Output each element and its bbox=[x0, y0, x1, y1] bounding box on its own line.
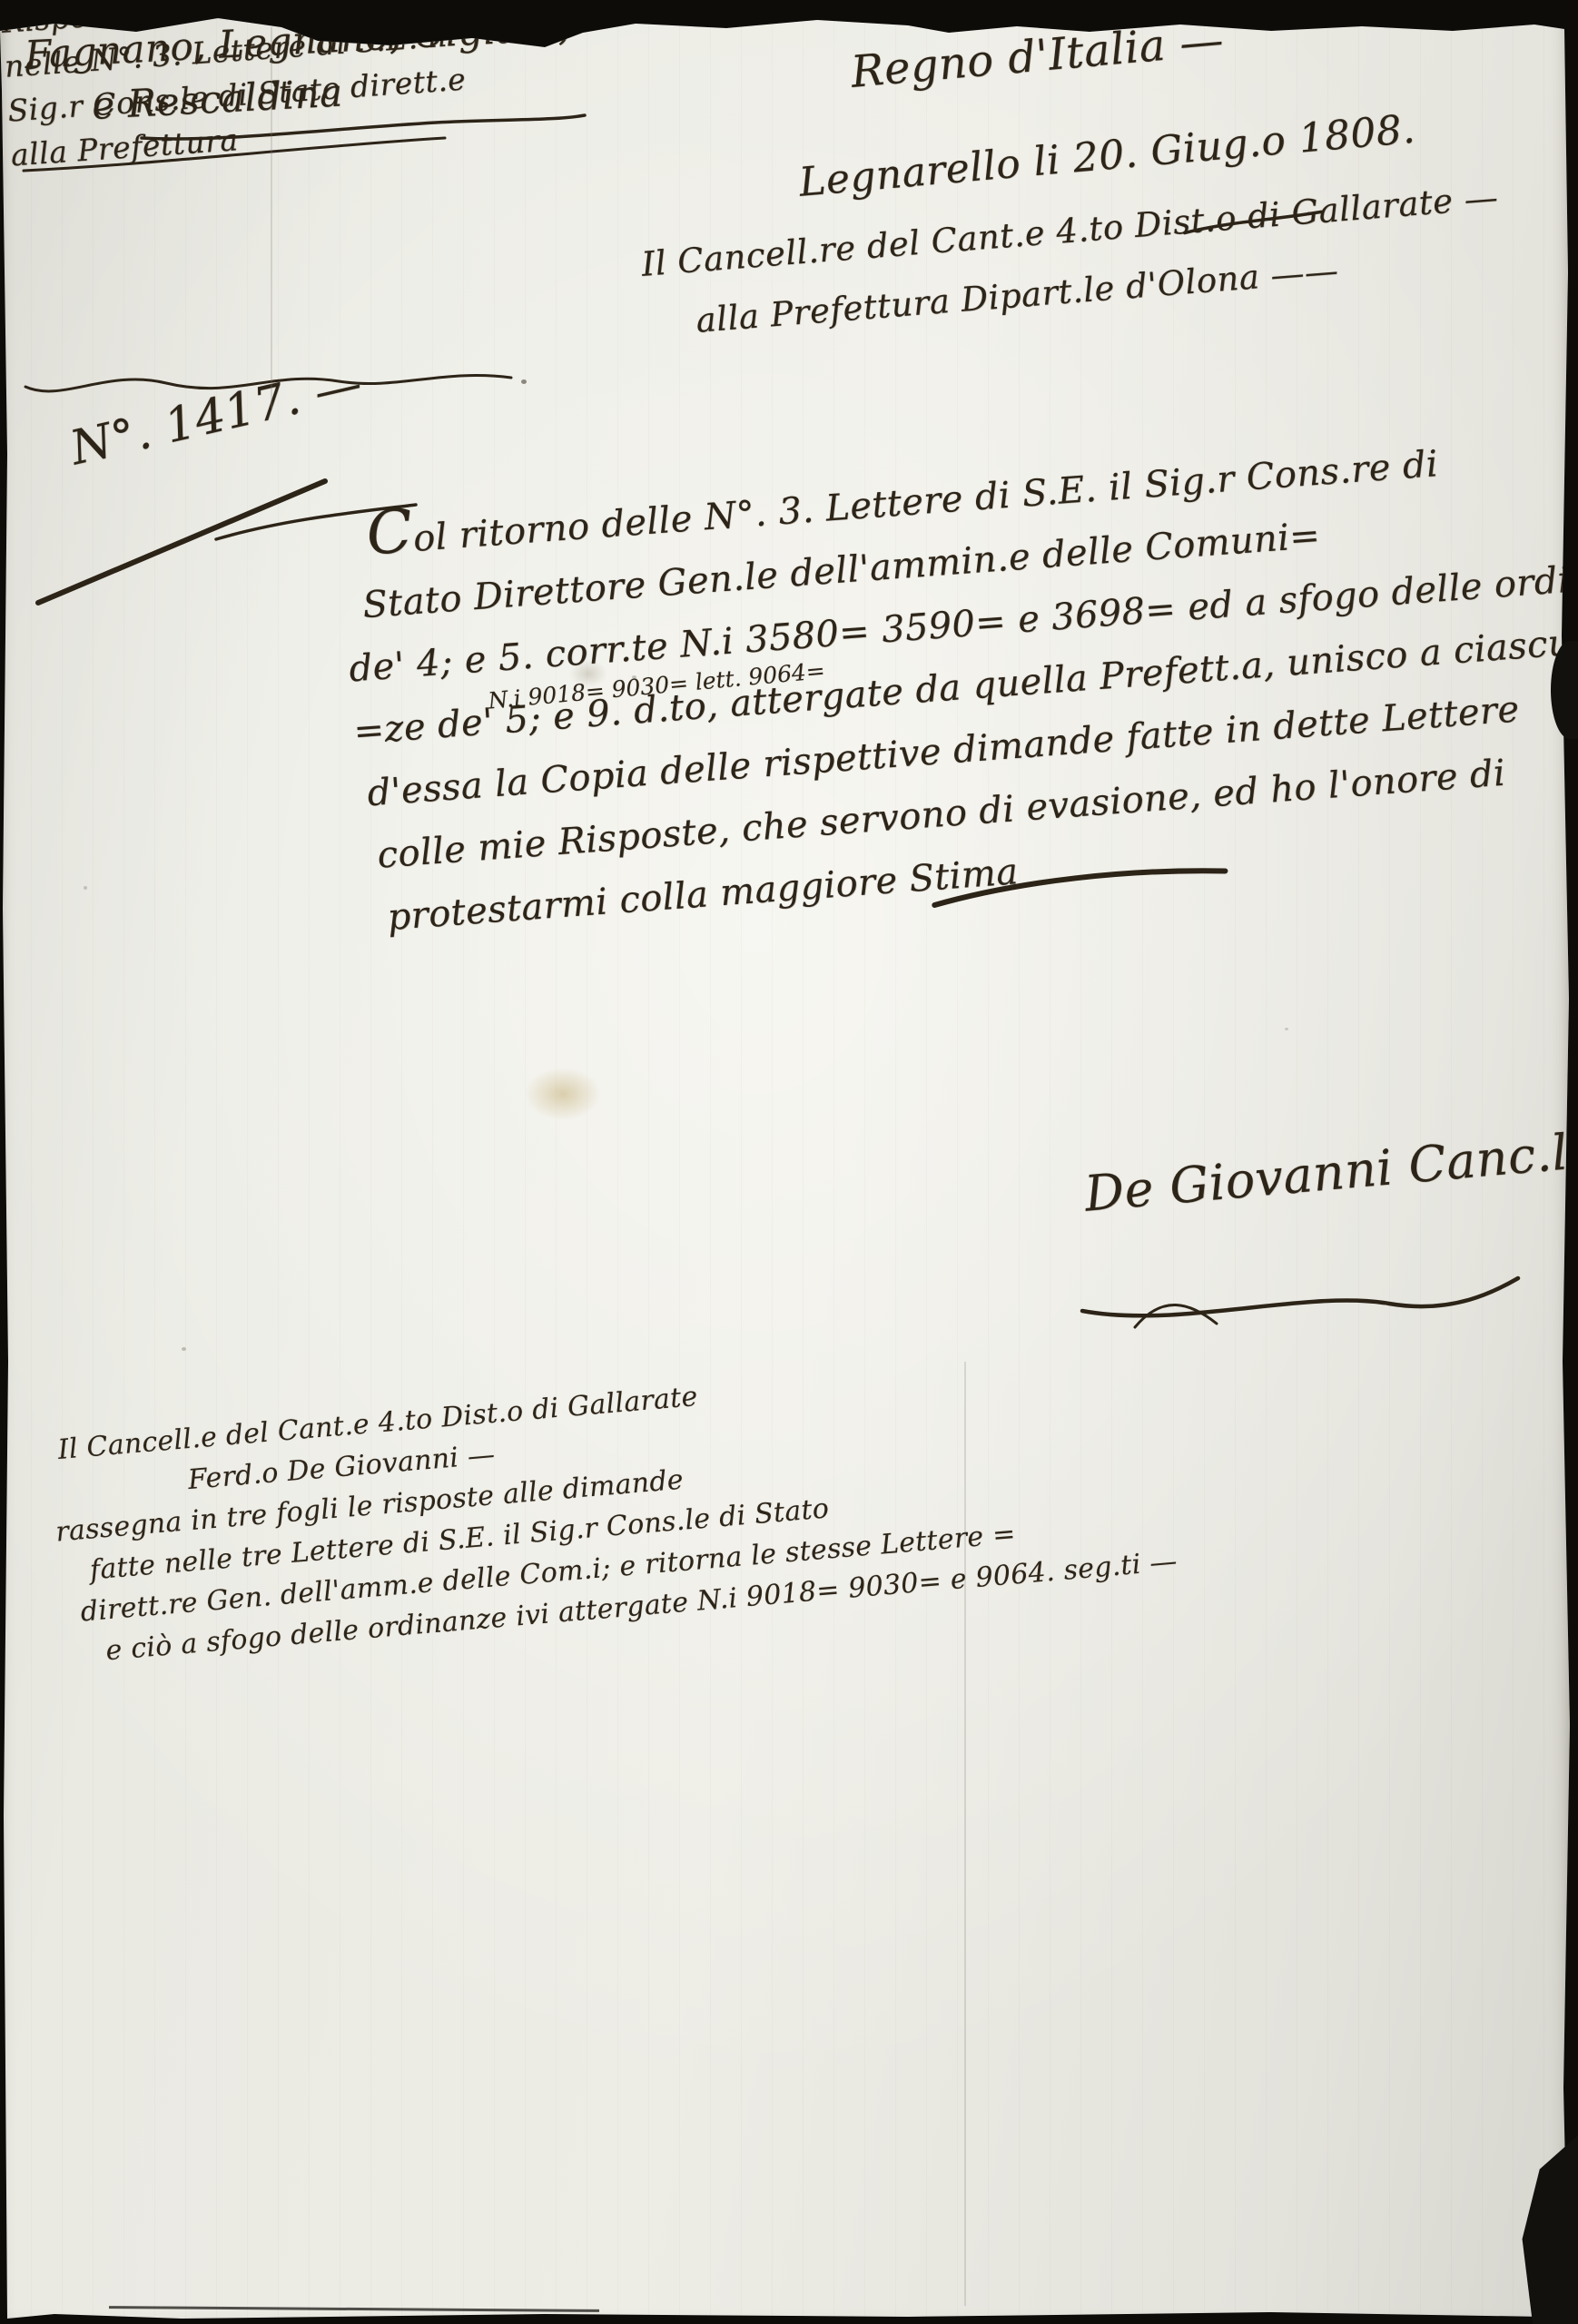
ink-speck bbox=[632, 675, 636, 679]
letter-body: Col ritorno delle N°. 3. Lettere di S.E.… bbox=[338, 422, 1578, 951]
paper-crease bbox=[964, 1362, 966, 2306]
registry-note: Il Cancell.e del Cant.e 4.to Dist.o di G… bbox=[47, 1337, 1179, 1675]
ink-speck bbox=[1285, 1028, 1288, 1030]
ink-speck bbox=[182, 1347, 186, 1351]
manuscript-page: Fagnano, Legnano, Olgiate, e Rescaldina … bbox=[0, 0, 1578, 2324]
ink-speck bbox=[521, 379, 527, 384]
paper-crease bbox=[271, 27, 272, 409]
signature: De Giovanni Canc.le bbox=[1082, 1121, 1578, 1223]
signature-flourish bbox=[1071, 1264, 1525, 1336]
sender-line-1: Il Cancell.re del Cant.e 4.to Dist.o di … bbox=[640, 178, 1500, 284]
ink-speck bbox=[84, 886, 87, 890]
